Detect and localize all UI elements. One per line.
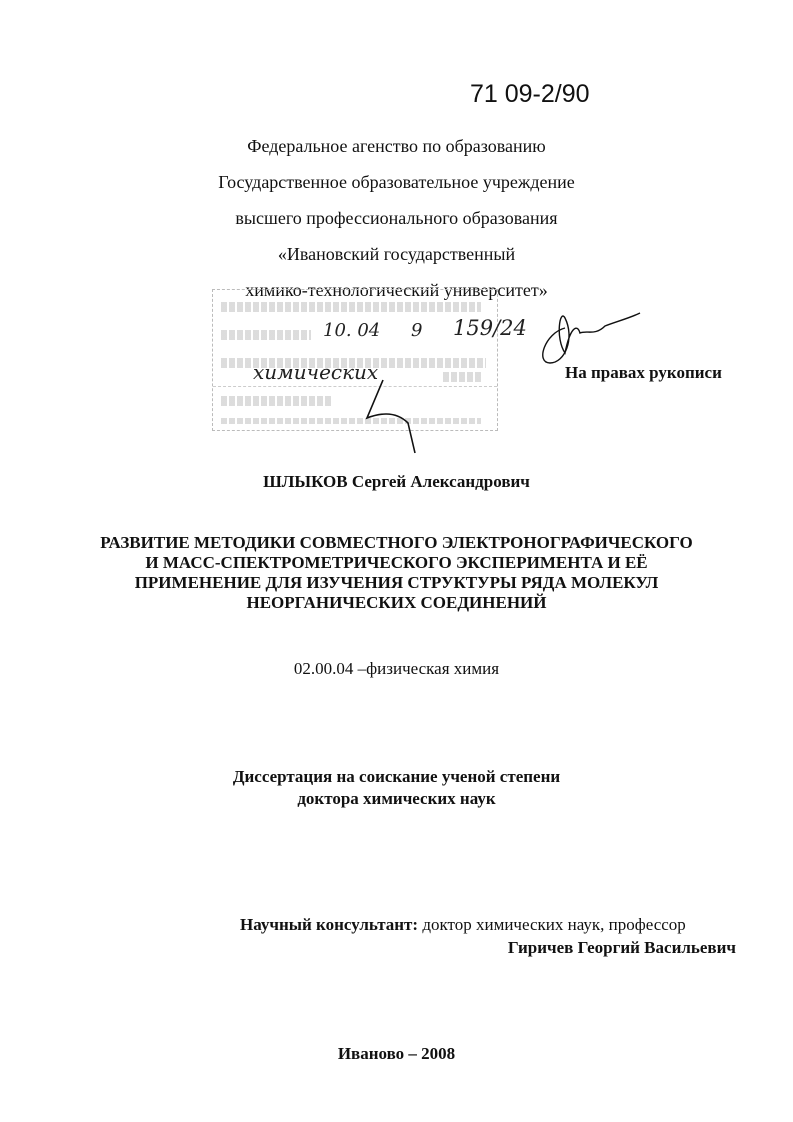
library-stamp: 10. 04 9 159/24 химических (212, 289, 498, 431)
institution-line: высшего профессионального образования (0, 206, 793, 242)
consultant-name: Гиричев Георгий Васильевич (508, 938, 736, 958)
title-line: И МАСС-СПЕКТРОМЕТРИЧЕСКОГО ЭКСПЕРИМЕНТА … (0, 553, 793, 573)
title-line: ПРИМЕНЕНИЕ ДЛЯ ИЗУЧЕНИЯ СТРУКТУРЫ РЯДА М… (0, 573, 793, 593)
institution-line: Федеральное агенство по образованию (0, 134, 793, 170)
institution-line: Государственное образовательное учрежден… (0, 170, 793, 206)
stamp-signature-icon (353, 378, 433, 458)
degree-block: Диссертация на соискание ученой степени … (0, 766, 793, 810)
degree-line: Диссертация на соискание ученой степени (0, 766, 793, 788)
consultant-title: доктор химических наук, профессор (418, 915, 686, 934)
consultant-label: Научный консультант: (240, 915, 418, 934)
rights-label: На правах рукописи (565, 363, 722, 383)
specialty: 02.00.04 –физическая химия (0, 659, 793, 679)
degree-line: доктора химических наук (0, 788, 793, 810)
title-line: РАЗВИТИЕ МЕТОДИКИ СОВМЕСТНОГО ЭЛЕКТРОНОГ… (0, 533, 793, 553)
signature-icon (535, 308, 645, 368)
author-name: ШЛЫКОВ Сергей Александрович (0, 472, 793, 492)
catalog-number: 71 09-2/90 (470, 80, 590, 109)
stamp-handwritten-num: 9 (411, 320, 422, 341)
institution-block: Федеральное агенство по образованию Госу… (0, 134, 793, 314)
stamp-handwritten-date: 10. 04 (323, 320, 380, 341)
institution-line: «Ивановский государственный (0, 242, 793, 278)
dissertation-title: РАЗВИТИЕ МЕТОДИКИ СОВМЕСТНОГО ЭЛЕКТРОНОГ… (0, 533, 793, 613)
place-year: Иваново – 2008 (0, 1044, 793, 1064)
title-line: НЕОРГАНИЧЕСКИХ СОЕДИНЕНИЙ (0, 593, 793, 613)
consultant-line: Научный консультант: доктор химических н… (240, 915, 686, 935)
stamp-handwritten-ref: 159/24 (453, 316, 527, 340)
